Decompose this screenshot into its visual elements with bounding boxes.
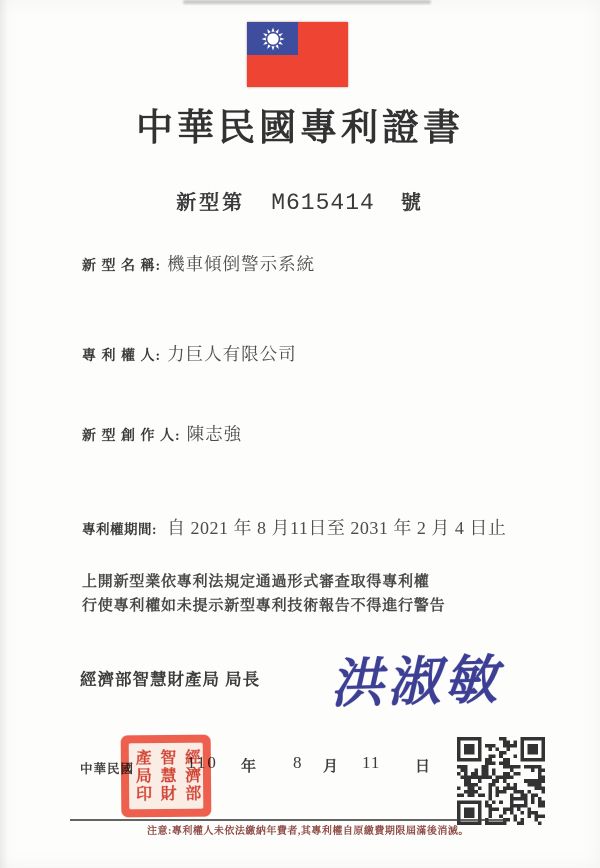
official-seal: 經濟部 智慧財 產局印 (121, 735, 212, 818)
seal-column: 智慧財 (158, 749, 174, 803)
field-value: 力巨人有限公司 (167, 341, 297, 366)
director-general-signature: 洪淑敏 (329, 638, 502, 718)
seal-face: 經濟部 智慧財 產局印 (129, 743, 204, 810)
statutory-remarks: 上開新型業依專利法規定通過形式審查取得專利權 行使專利權如未提示新型專利技術報告… (82, 570, 445, 617)
issuer-title: 經濟部智慧財產局 局長 (80, 666, 260, 690)
patent-number-line: 新型第 M615414 號 (0, 186, 600, 216)
patent-number-prefix: 新型第 (176, 186, 245, 215)
remark-line: 行使專利權如未提示新型專利技術報告不得進行警告 (82, 594, 445, 618)
footer-divider (70, 819, 506, 821)
field-label: 專 利 權 人: (82, 345, 161, 365)
footer-note: 注意:專利權人未依法繳納年費者,其專利權自原繳費期限屆滿後消滅。 (147, 822, 469, 837)
certificate-title: 中華民國專利證書 (0, 97, 600, 151)
qr-code (457, 737, 545, 825)
seal-column: 產局印 (133, 749, 149, 803)
date-day: 11 (362, 753, 380, 773)
flag-canton (247, 22, 298, 55)
date-day-unit: 日 (415, 755, 430, 776)
patent-number-suffix: 號 (401, 186, 424, 215)
roc-flag-icon (247, 22, 348, 87)
field-value: 機車傾倒警示系統 (167, 251, 315, 276)
field-label: 專利權期間: (82, 518, 157, 538)
field-label: 新 型 創 作 人: (82, 425, 181, 445)
field-patent-term: 專利權期間: 自 2021 年 8 月11日至 2031 年 2 月 4 日止 (82, 514, 506, 540)
scan-artifact (183, 0, 431, 4)
field-patentee: 專 利 權 人: 力巨人有限公司 (82, 341, 297, 366)
flag-sun-icon (258, 24, 288, 54)
patent-number-value: M615414 (271, 190, 375, 216)
field-utility-model-name: 新 型 名 稱: 機車傾倒警示系統 (82, 251, 315, 276)
field-value: 陳志強 (187, 421, 243, 446)
date-month-unit: 月 (323, 755, 338, 776)
certificate-page: 中華民國專利證書 新型第 M615414 號 新 型 名 稱: 機車傾倒警示系統… (0, 0, 600, 868)
remark-line: 上開新型業依專利法規定通過形式審查取得專利權 (82, 570, 445, 594)
seal-column: 經濟部 (182, 749, 198, 803)
field-creator: 新 型 創 作 人: 陳志強 (82, 421, 242, 446)
field-label: 新 型 名 稱: (82, 255, 161, 275)
date-month: 8 (293, 753, 302, 773)
field-value: 自 2021 年 8 月11日至 2031 年 2 月 4 日止 (167, 514, 506, 540)
date-year-unit: 年 (241, 755, 256, 776)
